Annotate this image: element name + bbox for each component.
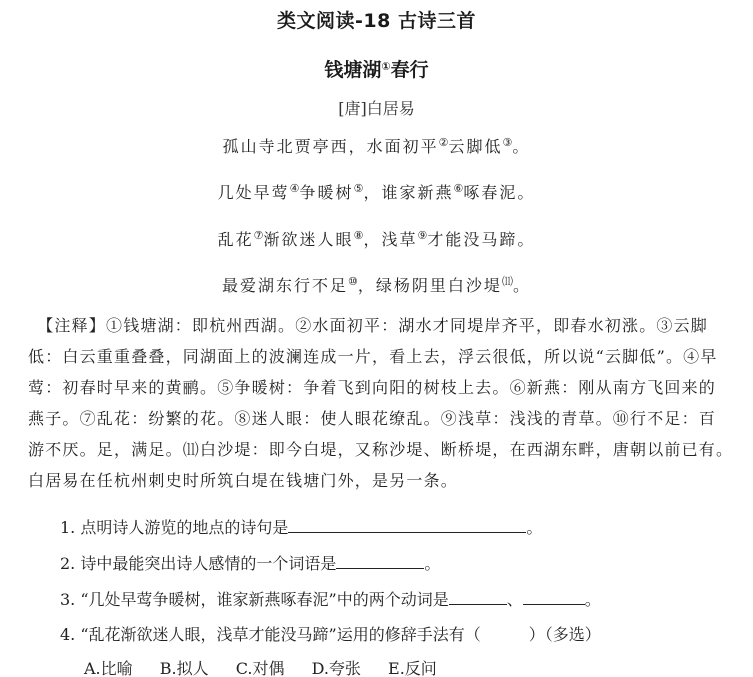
option-text: 反问 [405, 659, 437, 677]
option-a[interactable]: A.比喻 [84, 656, 133, 677]
option-label: B. [160, 659, 177, 677]
footnote-marker: ⑾ [502, 275, 513, 288]
option-e[interactable]: E.反问 [388, 656, 437, 677]
question-number: 3. [60, 590, 75, 609]
option-text: 拟人 [177, 659, 209, 677]
answer-blank[interactable] [288, 518, 526, 533]
poem-line-2: 几处早莺④争暖树⑤，谁家新燕⑥啄春泥。 [0, 180, 753, 203]
poem-text: 云脚低 [448, 137, 502, 156]
poem-text: 争暖树 [300, 183, 354, 202]
question-text: 点明诗人游览的地点的诗句是 [80, 518, 288, 537]
poem-text: ，绿杨阴里白沙堤 [358, 276, 502, 295]
notes-line-1: 【注释】①钱塘湖：即杭州西湖。②水面初平：湖水才同堤岸齐平，即春水初涨。③云脚 [28, 313, 728, 336]
option-text: 比喻 [101, 659, 133, 677]
document-title: 类文阅读-18 古诗三首 [0, 6, 753, 33]
poem-text: 才能没马蹄。 [427, 230, 535, 249]
poem-text: ，浅草 [363, 230, 417, 249]
option-label: D. [312, 659, 329, 677]
notes-line-3: 莺：初春时早来的黄鹂。⑤争暖树：争着飞到向阳的树枝上去。⑥新燕：刚从南方飞回来的 [28, 375, 728, 398]
question-2: 2. 诗中最能突出诗人感情的一个词语是。 [60, 551, 440, 574]
notes-line-6: 白居易在任杭州刺史时所筑白堤在钱塘门外，是另一条。 [28, 468, 728, 491]
poem-line-4: 最爱湖东行不足⑩，绿杨阴里白沙堤⑾。 [0, 273, 753, 296]
option-text: 夸张 [329, 659, 361, 677]
poem-text: 乱花 [218, 230, 254, 249]
option-b[interactable]: B.拟人 [160, 656, 209, 677]
question-number: 1. [60, 518, 75, 537]
question-3: 3. “几处早莺争暖树，谁家新燕啄春泥”中的两个动词是、。 [60, 587, 601, 610]
answer-blank[interactable] [523, 590, 585, 605]
punctuation: 。 [424, 554, 440, 573]
footnote-marker: ② [439, 136, 449, 149]
poem-text: 孤山寺北贾亭西，水面初平 [223, 137, 439, 156]
option-label: E. [388, 659, 405, 677]
poem-text: 。 [513, 276, 531, 295]
poem-title: 钱塘湖①春行 [0, 55, 753, 82]
poem-text: 渐欲迷人眼 [264, 230, 354, 249]
option-d[interactable]: D.夸张 [312, 656, 361, 677]
punctuation: 。 [585, 590, 601, 609]
option-c[interactable]: C.对偶 [236, 656, 285, 677]
poem-text: ，谁家新燕 [363, 183, 453, 202]
footnote-marker: ⑨ [417, 229, 427, 242]
answer-blank[interactable] [449, 590, 507, 605]
question-text: “几处早莺争暖树，谁家新燕啄春泥”中的两个动词是 [80, 590, 448, 609]
notes-line-4: 燕子。⑦乱花：纷繁的花。⑧迷人眼：使人眼花缭乱。⑨浅草：浅浅的青草。⑩行不足：百 [28, 406, 728, 429]
punctuation: 、 [507, 590, 523, 609]
answer-options: A.比喻 B.拟人 C.对偶 D.夸张 E.反问 [84, 656, 459, 677]
question-4: 4. “乱花渐欲迷人眼，浅草才能没马蹄”运用的修辞手法有（ ）（多选） [60, 622, 601, 645]
poem-title-text: 钱塘湖 [324, 59, 381, 81]
footnote-marker: ⑥ [453, 182, 463, 195]
footnote-marker: ⑧ [354, 229, 364, 242]
poem-text: 最爱湖东行不足 [222, 276, 348, 295]
poem-line-3: 乱花⑦渐欲迷人眼⑧，浅草⑨才能没马蹄。 [0, 227, 753, 250]
option-text: 对偶 [252, 659, 284, 677]
question-text: “乱花渐欲迷人眼，浅草才能没马蹄”运用的修辞手法有（ ）（多选） [80, 625, 600, 644]
punctuation: 。 [526, 518, 542, 537]
option-label: A. [84, 659, 101, 677]
option-label: C. [236, 659, 253, 677]
question-number: 4. [60, 625, 75, 644]
notes-line-2: 低：白云重重叠叠，同湖面上的波澜连成一片，看上去，浮云很低，所以说“云脚低”。④… [28, 344, 728, 367]
footnote-marker: ④ [290, 182, 300, 195]
poem-title-text: 春行 [391, 59, 429, 81]
poem-text: 。 [512, 137, 530, 156]
poem-author: [唐]白居易 [0, 96, 753, 119]
footnote-marker: ⑤ [354, 182, 364, 195]
answer-blank[interactable] [336, 554, 424, 569]
question-number: 2. [60, 554, 75, 573]
notes-line-5: 游不厌。足，满足。⑾白沙堤：即今白堤，又称沙堤、断桥堤，在西湖东畔，唐朝以前已有… [28, 437, 728, 460]
footnote-marker: ⑦ [254, 229, 264, 242]
question-text: 诗中最能突出诗人感情的一个词语是 [80, 554, 336, 573]
footnote-marker: ① [381, 60, 390, 73]
footnote-marker: ⑩ [348, 275, 358, 288]
poem-text: 啄春泥。 [463, 183, 535, 202]
poem-text: 几处早莺 [218, 183, 290, 202]
question-1: 1. 点明诗人游览的地点的诗句是。 [60, 515, 542, 538]
footnote-marker: ③ [503, 136, 513, 149]
poem-line-1: 孤山寺北贾亭西，水面初平②云脚低③。 [0, 134, 753, 157]
